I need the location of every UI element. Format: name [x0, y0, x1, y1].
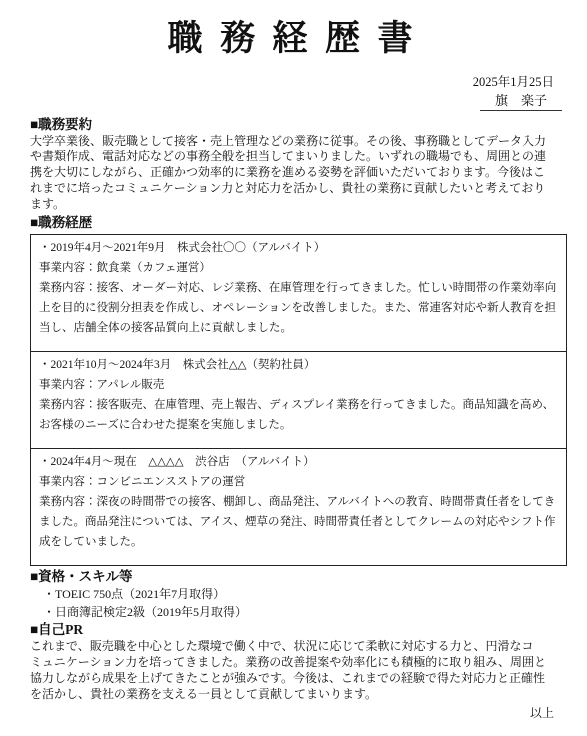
qualification-item-toeic: ・TOEIC 750点（2021年7月取得）: [30, 585, 567, 603]
closing-text: 以上: [30, 705, 571, 721]
table-row: ・2021年10月～2024年3月 株式会社△△（契約社員） 事業内容：アパレル…: [31, 352, 567, 449]
document-date: 2025年1月25日: [30, 75, 560, 90]
job-entry-1: ・2019年4月～2021年9月 株式会社〇〇（アルバイト） 事業内容：飲食業（…: [31, 235, 567, 352]
self-pr-text: これまで、販売職を中心とした環境で働く中で、状況に応じて柔軟に対応する力と、円滑…: [30, 639, 550, 703]
job-duties-description: 業務内容：接客、オーダー対応、レジ業務、在庫管理を行ってきました。忙しい時間帯の…: [39, 278, 560, 338]
job-entry-2: ・2021年10月～2024年3月 株式会社△△（契約社員） 事業内容：アパレル…: [31, 352, 567, 449]
summary-text: 大学卒業後、販売職として接客・売上管理などの業務に従事。その後、事務職としてデー…: [30, 134, 550, 214]
applicant-name: 旗 楽子: [480, 94, 562, 111]
table-row: ・2024年4月～現在 △△△△ 渋谷店 （アルバイト） 事業内容：コンビニエン…: [31, 449, 567, 566]
section-heading-summary: ■職務要約: [30, 116, 567, 133]
section-heading-qualifications: ■資格・スキル等: [30, 568, 567, 585]
section-heading-career: ■職務経歴: [30, 214, 567, 231]
job-period-company: ・2024年4月～現在 △△△△ 渋谷店 （アルバイト）: [39, 452, 560, 472]
job-business-description: 事業内容：コンビニエンスストアの運営: [39, 472, 560, 492]
job-business-description: 事業内容：飲食業（カフェ運営）: [39, 258, 560, 278]
job-duties-description: 業務内容：深夜の時間帯での接客、棚卸し、商品発注、アルバイトへの教育、時間帯責任…: [39, 492, 560, 552]
qualification-item-bookkeeping: ・日商簿記検定2級（2019年5月取得）: [30, 603, 567, 621]
applicant-name-row: 旗 楽子: [30, 92, 562, 111]
job-entry-3: ・2024年4月～現在 △△△△ 渋谷店 （アルバイト） 事業内容：コンビニエン…: [31, 449, 567, 566]
resume-document: 職務経歴書 2025年1月25日 旗 楽子 ■職務要約 大学卒業後、販売職として…: [0, 0, 587, 736]
section-heading-self-pr: ■自己PR: [30, 621, 567, 638]
document-title: 職務経歴書: [30, 20, 550, 59]
job-period-company: ・2019年4月～2021年9月 株式会社〇〇（アルバイト）: [39, 238, 560, 258]
job-duties-description: 業務内容：接客販売、在庫管理、売上報告、ディスプレイ業務を行ってきました。商品知…: [39, 395, 560, 435]
table-row: ・2019年4月～2021年9月 株式会社〇〇（アルバイト） 事業内容：飲食業（…: [31, 235, 567, 352]
career-history-table: ・2019年4月～2021年9月 株式会社〇〇（アルバイト） 事業内容：飲食業（…: [30, 234, 567, 566]
job-period-company: ・2021年10月～2024年3月 株式会社△△（契約社員）: [39, 355, 560, 375]
job-business-description: 事業内容：アパレル販売: [39, 375, 560, 395]
